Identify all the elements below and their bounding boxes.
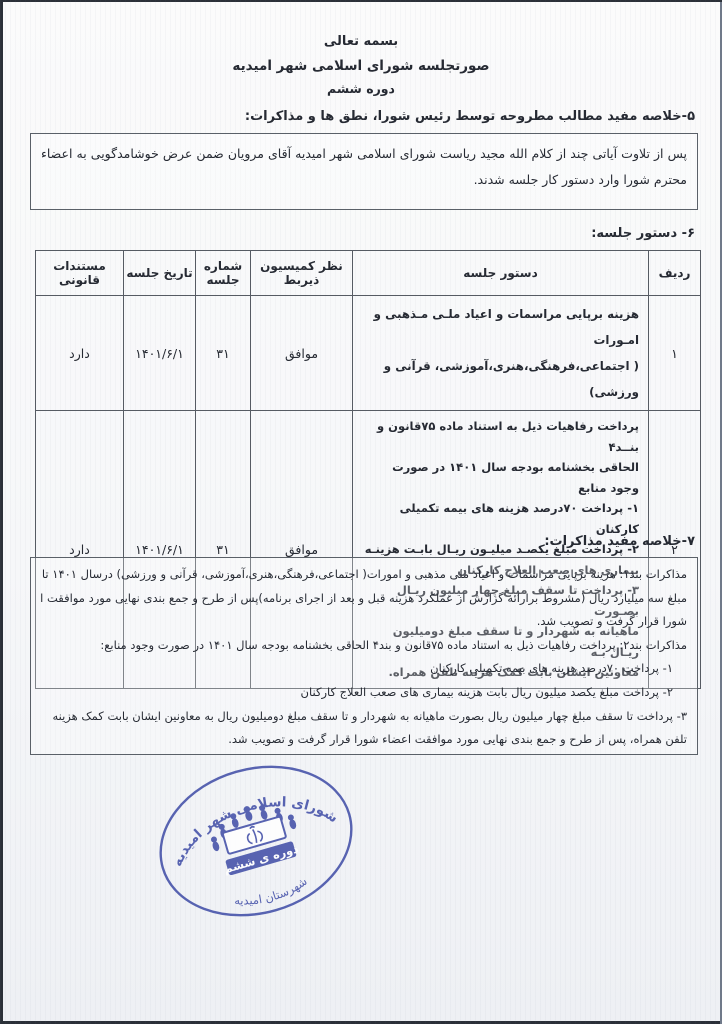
session-no-cell: ۳۱	[196, 296, 251, 411]
scanned-document-page: بسمه تعالی صورتجلسه شورای اسلامی شهر امی…	[0, 0, 722, 1024]
legal-docs-cell: دارد	[36, 296, 124, 411]
bismillah-line: بسمه تعالی	[0, 30, 722, 54]
table-row: ۱ هزینه برپایی مراسمات و اعیاد ملـی مـذه…	[36, 296, 701, 411]
minutes-line: مذاکرات بند۲: پرداخت رفاهیات ذیل به استن…	[41, 634, 687, 658]
council-term: دوره ششم	[0, 78, 722, 100]
stamp-bottom-text-arc: شهرستان امیدیه	[230, 873, 312, 915]
col-header-legal-docs: مستندات قانونی	[36, 251, 124, 296]
col-header-agenda: دستور جلسه	[353, 251, 649, 296]
minutes-line: ۲- پرداخت مبلغ یکصد میلیون ریال بابت هزی…	[41, 681, 687, 705]
council-stamp: شورای اسلامی شهر امیدیه	[130, 726, 383, 956]
row-no-cell: ۱	[649, 296, 701, 411]
col-header-session-date: تاریخ جلسه	[124, 251, 196, 296]
section5-summary-box: پس از تلاوت آیاتی چند از کلام الله مجید …	[30, 133, 698, 210]
agenda-cell: هزینه برپایی مراسمات و اعیاد ملـی مـذهبی…	[353, 296, 649, 411]
document-title: صورتجلسه شورای اسلامی شهر امیدیه	[0, 54, 722, 78]
agenda-table-header-row: ردیف دستور جلسه نظر کمیسیون ذیربط شماره …	[36, 251, 701, 296]
col-header-session-no: شماره جلسه	[196, 251, 251, 296]
minutes-line: ۱- پرداخت ۷۰درصد هزینه های بیمه تکمیلی ک…	[41, 657, 687, 681]
session-date-cell: ۱۴۰۱/۶/۱	[124, 296, 196, 411]
commission-cell: موافق	[251, 296, 353, 411]
minutes-line: مبلغ سه میلیارد ریال (مشروط برارائه گزار…	[41, 587, 687, 611]
minutes-line: تلفن همراه، پس از طرح و جمع بندی نهایی م…	[41, 728, 687, 752]
section5-heading: ۵-خلاصه مفید مطالب مطروحه توسط رئیس شورا…	[245, 109, 695, 124]
section6-heading: ۶- دستور جلسه:	[591, 226, 695, 241]
minutes-line: ۳- پرداخت تا سقف مبلغ چهار میلیون ریال ب…	[41, 705, 687, 729]
minutes-line: شورا قرار گرفت و تصویب شد.	[41, 610, 687, 634]
document-header: بسمه تعالی صورتجلسه شورای اسلامی شهر امی…	[0, 30, 722, 100]
col-header-row-no: ردیف	[649, 251, 701, 296]
section7-heading: ۷-خلاصه مفید مذاکرات:	[544, 534, 695, 549]
minutes-line: مذاکرات بند۱: هزینه برپایی مراسمات و اعی…	[41, 563, 687, 587]
col-header-commission: نظر کمیسیون ذیربط	[251, 251, 353, 296]
section7-minutes-box: مذاکرات بند۱: هزینه برپایی مراسمات و اعی…	[30, 557, 698, 755]
